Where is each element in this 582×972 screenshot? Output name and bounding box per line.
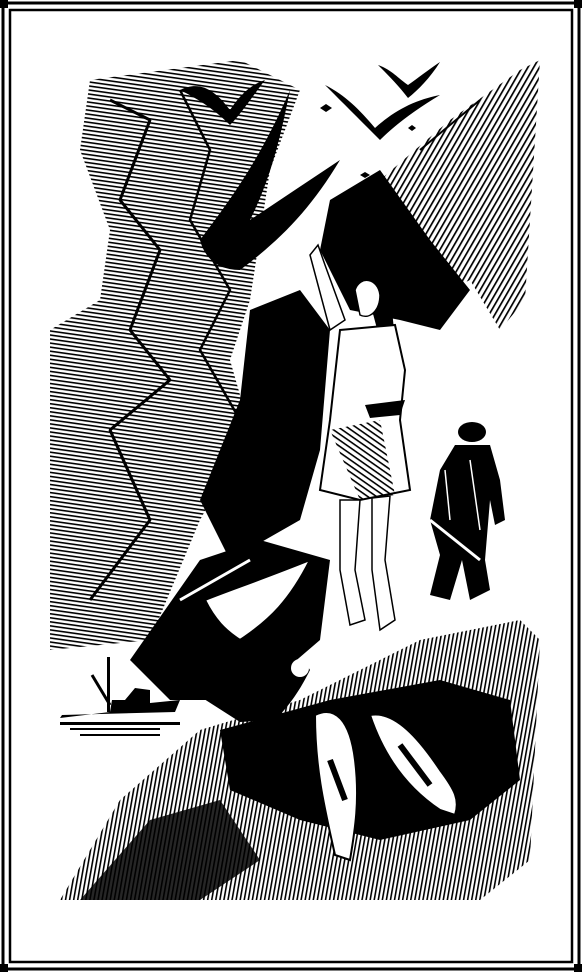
corner-ornament — [574, 964, 582, 972]
illustration-frame — [0, 0, 582, 972]
man-figure — [430, 422, 505, 600]
illustration — [0, 0, 582, 972]
corner-ornament — [0, 964, 8, 972]
corner-ornament — [574, 0, 582, 8]
corner-ornament — [0, 0, 8, 8]
